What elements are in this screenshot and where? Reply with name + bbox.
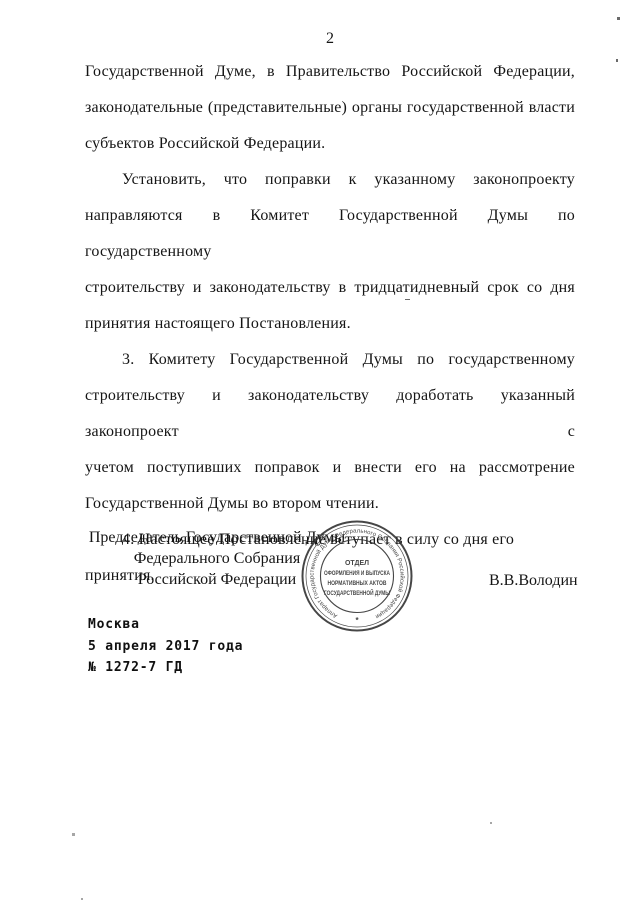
stamp-center-line: НОРМАТИВНЫХ АКТОВ [328, 581, 388, 587]
document-page: 2 Государственной Думе, в Правительство … [0, 0, 640, 905]
stamp-center-line: ОФОРМЛЕНИЯ И ВЫПУСКА [324, 571, 391, 577]
text-line: Государственной Думе, в Правительство Ро… [85, 54, 575, 90]
text-line: строительству и законодательству в тридц… [85, 270, 575, 306]
footer-number: № 1272-7 ГД [88, 657, 243, 679]
text-line: Установить, что поправки к указанному за… [85, 162, 575, 198]
footer-city: Москва [88, 614, 243, 636]
text-line: 3. Комитету Государственной Думы по госу… [85, 342, 575, 378]
scan-artifact [616, 59, 618, 62]
stamp-center-line: ОТДЕЛ [345, 558, 369, 567]
footer-details: Москва 5 апреля 2017 года № 1272-7 ГД [88, 614, 243, 679]
scan-artifact [617, 17, 620, 20]
text-line: строительству и законодательству доработ… [85, 378, 575, 450]
footer-date: 5 апреля 2017 года [88, 636, 243, 658]
text-line: учетом поступивших поправок и внести его… [85, 450, 575, 486]
text-line: субъектов Российской Федерации. [85, 126, 575, 162]
official-stamp: Аппарат Государственной Думы Федеральног… [287, 506, 427, 646]
scan-artifact [81, 898, 83, 900]
text-line: направляются в Комитет Государственной Д… [85, 198, 575, 270]
scan-artifact [490, 822, 492, 824]
scan-artifact [72, 833, 75, 836]
signer-name: В.В.Володин [489, 571, 578, 591]
stamp-center-line: ГОСУДАРСТВЕННОЙ ДУМЫ [324, 589, 390, 597]
text-line: законодательные (представительные) орган… [85, 90, 575, 126]
scan-artifact [405, 299, 410, 300]
page-number: 2 [85, 30, 575, 48]
text-line: принятия настоящего Постановления. [85, 306, 575, 342]
stamp-star: * [355, 616, 359, 625]
